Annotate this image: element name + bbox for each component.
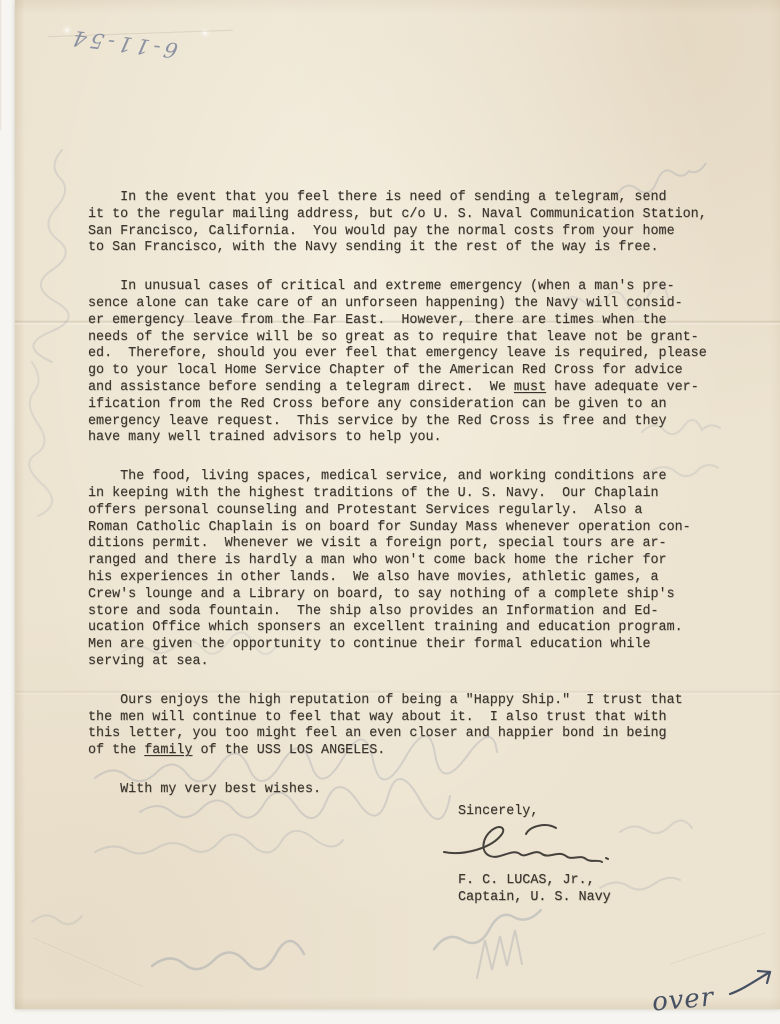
letter-line: it to the regular mailing address, but c… bbox=[88, 207, 740, 224]
letter-line: to San Francisco, with the Navy sending … bbox=[88, 240, 740, 257]
letter-line: store and soda fountain. The ship also p… bbox=[88, 604, 740, 621]
letter-line: Crew's lounge and a Library on board, to… bbox=[88, 587, 740, 604]
letter-line: In unusual cases of critical and extreme… bbox=[88, 279, 740, 296]
letter-line: ification from the Red Cross before any … bbox=[88, 397, 740, 414]
signer-title: Captain, U. S. Navy bbox=[458, 890, 611, 905]
vertical-crease bbox=[0, 0, 2, 130]
letter-line: this letter, you too might feel an even … bbox=[88, 726, 740, 743]
over-arrow-icon bbox=[726, 964, 778, 1000]
underlined-word: must bbox=[514, 380, 546, 395]
paper-speck bbox=[202, 30, 208, 36]
letter-line: the men will continue to feel that way a… bbox=[88, 710, 740, 727]
letter-line: offers personal counseling and Protestan… bbox=[88, 503, 740, 520]
letter-line: emergency leave request. This service by… bbox=[88, 414, 740, 431]
letter-paragraph: In the event that you feel there is need… bbox=[88, 190, 740, 257]
closing-salutation: Sincerely, bbox=[458, 804, 538, 819]
letter-line: With my very best wishes. bbox=[88, 782, 740, 799]
signer-name: F. C. LUCAS, Jr., bbox=[458, 873, 595, 888]
letter-line: The food, living spaces, medical service… bbox=[88, 469, 740, 486]
scanned-letter-page: 6-11-54 In the event that you feel there… bbox=[0, 0, 780, 1024]
letter-line: Ours enjoys the high reputation of being… bbox=[88, 693, 740, 710]
letter-line: in keeping with the highest traditions o… bbox=[88, 486, 740, 503]
over-note-text: over bbox=[651, 982, 716, 1017]
letter-line: his experiences in other lands. We also … bbox=[88, 570, 740, 587]
letter-line: sence alone can take care of an unforsee… bbox=[88, 296, 740, 313]
underlined-word: family bbox=[144, 743, 192, 758]
handwritten-over-note: over bbox=[652, 964, 778, 1015]
letter-line: serving at sea. bbox=[88, 654, 740, 671]
letter-paragraph: Ours enjoys the high reputation of being… bbox=[88, 693, 740, 760]
letter-body: In the event that you feel there is need… bbox=[88, 190, 740, 821]
letter-line: ed. Therefore, should you ever feel that… bbox=[88, 346, 740, 363]
letter-line: go to your local Home Service Chapter of… bbox=[88, 363, 740, 380]
letter-line: have many well trained advisors to help … bbox=[88, 430, 740, 447]
letter-paragraph: The food, living spaces, medical service… bbox=[88, 469, 740, 671]
letter-paragraph: In unusual cases of critical and extreme… bbox=[88, 279, 740, 447]
letter-line: er emergency leave from the Far East. Ho… bbox=[88, 313, 740, 330]
letter-line: Roman Catholic Chaplain is on board for … bbox=[88, 520, 740, 537]
letter-line: needs of the service will be so great as… bbox=[88, 330, 740, 347]
signature-scrawl bbox=[428, 818, 628, 876]
letter-line: and assistance before sending a telegram… bbox=[88, 380, 740, 397]
letter-line: of the family of the USS LOS ANGELES. bbox=[88, 743, 740, 760]
letter-paragraph: With my very best wishes. bbox=[88, 782, 740, 799]
letter-line: ditions permit. Whenever we visit a fore… bbox=[88, 536, 740, 553]
letter-line: ucation Office which sponsers an excelle… bbox=[88, 620, 740, 637]
letter-line: ranged and there is hardly a man who won… bbox=[88, 553, 740, 570]
letter-line: Men are given the opportunity to continu… bbox=[88, 637, 740, 654]
letter-line: In the event that you feel there is need… bbox=[88, 190, 740, 207]
letter-line: San Francisco, California. You would pay… bbox=[88, 224, 740, 241]
